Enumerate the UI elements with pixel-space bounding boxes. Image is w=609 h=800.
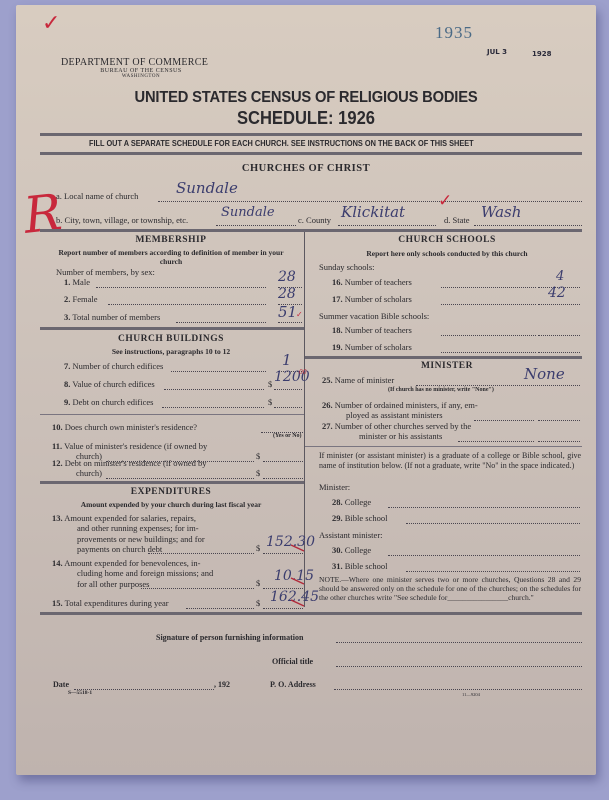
bureau-city: WASHINGTON: [61, 74, 221, 79]
yes-no-hint: (Yes or No): [273, 433, 302, 439]
census-schedule-sheet: ✓ 1935 JUL 3 1928 DEPARTMENT OF COMMERCE…: [16, 5, 596, 775]
assistant-ministers-label-cont: ployed as assistant ministers: [346, 410, 443, 420]
dollar-sign: $: [256, 451, 260, 461]
assistant-dots: [474, 420, 534, 421]
banner-bottom-rule: [40, 152, 582, 155]
sunday-teachers-field[interactable]: 4: [556, 269, 564, 284]
sunday-schools-label: Sunday schools:: [319, 262, 375, 272]
minister-name-label: 25. Name of minister: [322, 375, 394, 385]
membership-row-female: 2. Female: [64, 294, 98, 304]
expenditures-subheading: Amount expended by your church during la…: [46, 500, 296, 509]
minister-name-field[interactable]: None: [524, 365, 565, 383]
banner-top-rule: [40, 133, 582, 136]
id-bottom-rule: [40, 229, 582, 232]
female-dots: [108, 304, 266, 305]
total-dots: [176, 322, 266, 323]
exp15-answer-line: [263, 608, 303, 609]
residence-bottom-rule: [40, 481, 304, 484]
bible-school-label: 29. Bible school: [332, 513, 387, 523]
received-year-stamp: 1928: [532, 50, 551, 58]
sunday-teachers-label: 16. Number of teachers: [332, 277, 412, 287]
form-number: S—5518-1: [68, 690, 92, 696]
residence-debt-dots: [106, 478, 254, 479]
date-field[interactable]: [74, 689, 214, 690]
county-field[interactable]: Klickitat: [341, 203, 405, 221]
residence-value-label: 11. Value of minister's residence (if ow…: [52, 441, 207, 451]
minister-divider: [305, 446, 582, 447]
college-label: 28. College: [332, 497, 371, 507]
local-name-label: a. Local name of church: [56, 191, 138, 201]
minister-name-hint: (If church has no minister, write "None"…: [388, 387, 494, 393]
official-title-label: Official title: [272, 657, 313, 666]
signature-label: Signature of person furnishing informati…: [156, 633, 303, 642]
expenditures-heading: EXPENDITURES: [46, 487, 296, 497]
dollar-sign: $: [256, 468, 260, 478]
sunday-scholars-dots: [441, 304, 536, 305]
male-count-field[interactable]: 28: [278, 269, 296, 285]
assistant-ministers-label: 26. Number of ordained ministers, if any…: [322, 400, 478, 410]
denomination-heading: CHURCHES OF CHRIST: [16, 163, 596, 174]
other-churches-dots: [458, 441, 534, 442]
residence-value-field[interactable]: [263, 461, 303, 462]
other-churches-label: 27. Number of other churches served by t…: [322, 421, 471, 431]
edifices-value-label: 8. Value of church edifices: [64, 379, 155, 389]
exp15-dots: [186, 608, 254, 609]
membership-row-male: 1. Male: [64, 277, 90, 287]
buildings-subheading: See instructions, paragraphs 10 to 12: [46, 347, 296, 356]
dollar-sign: $: [256, 578, 260, 588]
membership-heading: MEMBERSHIP: [46, 235, 296, 245]
assistant-college-field[interactable]: [388, 555, 580, 556]
red-strike-icon: [290, 598, 306, 608]
city-field[interactable]: Sundale: [221, 205, 275, 220]
department-block: DEPARTMENT OF COMMERCE BUREAU OF THE CEN…: [61, 57, 221, 79]
dollar-sign: $: [268, 397, 272, 407]
date-label: Date: [53, 680, 69, 689]
sunday-scholars-label: 17. Number of scholars: [332, 294, 412, 304]
edifices-debt-field[interactable]: [274, 407, 302, 408]
total-answer-line: [278, 322, 302, 323]
city-label: b. City, town, village, or township, etc…: [56, 215, 188, 225]
membership-subheading: Report number of members according to de…: [56, 248, 286, 266]
schools-subheading: Report here only schools conducted by th…: [316, 249, 578, 258]
summer-scholars-dots: [441, 352, 536, 353]
male-dots: [96, 287, 266, 288]
membership-row-total: 3. Total number of members: [64, 312, 160, 322]
membership-bottom-rule: [40, 327, 304, 330]
summer-scholars-field[interactable]: [538, 352, 580, 353]
value-dots: [164, 389, 264, 390]
summer-scholars-label: 19. Number of scholars: [332, 342, 412, 352]
signature-field[interactable]: [336, 642, 582, 643]
stamp-year: 1935: [435, 23, 473, 43]
female-count-field[interactable]: 28: [278, 286, 296, 302]
minister-college-field[interactable]: [388, 507, 580, 508]
minister-edu-label: Minister:: [319, 482, 350, 492]
department-name: DEPARTMENT OF COMMERCE: [61, 57, 221, 68]
sunday-teachers-dots: [441, 287, 536, 288]
dollar-sign: $: [268, 379, 272, 389]
county-check-icon: ✓: [438, 191, 452, 211]
exp13-answer-line: [263, 553, 303, 554]
state-line: [474, 225, 582, 226]
body-bottom-rule: [40, 612, 582, 615]
received-date-stamp: JUL 3: [487, 48, 507, 56]
official-title-field[interactable]: [336, 666, 582, 667]
members-by-sex-label: Number of members, by sex:: [56, 267, 155, 277]
dollar-sign: $: [256, 543, 260, 553]
schools-bottom-rule: [305, 356, 582, 359]
date-year-prefix: , 192: [214, 680, 230, 689]
residence-debt-field[interactable]: [263, 478, 303, 479]
schools-heading: CHURCH SCHOOLS: [316, 235, 578, 245]
edifices-count-label: 7. Number of church edifices: [64, 361, 163, 371]
expenditure-14-label: 14. Amount expended for benevolences, in…: [52, 558, 213, 589]
expenditure-13-label: 13. Amount expended for salaries, repair…: [52, 513, 205, 554]
exp13-dots: [148, 553, 254, 554]
county-line: [338, 225, 436, 226]
red-strike-icon: [290, 543, 306, 553]
other-churches-label-cont: minister or his assistants: [359, 431, 442, 441]
summer-teachers-field[interactable]: [538, 335, 580, 336]
debt-dots: [162, 407, 264, 408]
state-field[interactable]: Wash: [481, 203, 521, 221]
buildings-heading: CHURCH BUILDINGS: [46, 334, 296, 344]
local-name-line: [158, 201, 582, 202]
state-label: d. State: [444, 215, 470, 225]
schedule-title: SCHEDULE: 1926: [39, 108, 573, 129]
sunday-scholars-answer-line: [538, 304, 580, 305]
note-paragraph: NOTE.—Where one minister serves two or m…: [319, 575, 581, 602]
residence-debt-label-cont: church): [76, 468, 102, 478]
assistant-college-label: 30. College: [332, 545, 371, 555]
sunday-scholars-field[interactable]: 42: [548, 285, 566, 301]
summer-teachers-label: 18. Number of teachers: [332, 325, 412, 335]
assistant-bible-school-label: 31. Bible school: [332, 561, 387, 571]
dollar-sign: $: [256, 598, 260, 608]
edifices-value-cents: 00: [299, 369, 307, 376]
print-code: 11—9204: [462, 692, 480, 697]
city-line: [216, 225, 296, 226]
local-name-field[interactable]: Sundale: [176, 179, 238, 197]
assistant-edu-label: Assistant minister:: [319, 530, 383, 540]
buildings-divider: [40, 414, 304, 415]
residence-debt-label: 12. Debt on minister's residence (if own…: [52, 458, 207, 468]
assistant-ministers-field[interactable]: [538, 420, 580, 421]
edifices-debt-label: 9. Debt on church edifices: [64, 397, 153, 407]
value-answer-line: [274, 389, 302, 390]
red-strike-icon: [290, 576, 306, 586]
exp14-dots: [141, 588, 254, 589]
assistant-bible-school-field[interactable]: [406, 571, 580, 572]
form-title: UNITED STATES CENSUS OF RELIGIOUS BODIES: [39, 89, 573, 107]
other-churches-field[interactable]: [538, 441, 580, 442]
instructions-banner: FILL OUT A SEPARATE SCHEDULE FOR EACH CH…: [89, 139, 474, 148]
po-address-label: P. O. Address: [270, 680, 316, 689]
residence-owned-label: 10. Does church own minister's residence…: [52, 422, 197, 432]
red-check-mark-icon: ✓: [42, 11, 60, 36]
expenditure-15-label: 15. Total expenditures during year: [52, 598, 169, 608]
total-check-icon: ✓: [296, 310, 303, 319]
county-label: c. County: [298, 215, 331, 225]
total-members-field[interactable]: 51: [278, 303, 297, 321]
edifices-count-field[interactable]: 1: [282, 351, 292, 369]
graduate-instructions: If minister (or assistant minister) is a…: [319, 451, 581, 471]
po-address-field[interactable]: [334, 689, 582, 690]
minister-bible-school-field[interactable]: [406, 523, 580, 524]
summer-teachers-dots: [441, 335, 536, 336]
edifices-dots: [171, 371, 266, 372]
minister-name-line: [416, 385, 580, 386]
summer-schools-label: Summer vacation Bible schools:: [319, 311, 429, 321]
